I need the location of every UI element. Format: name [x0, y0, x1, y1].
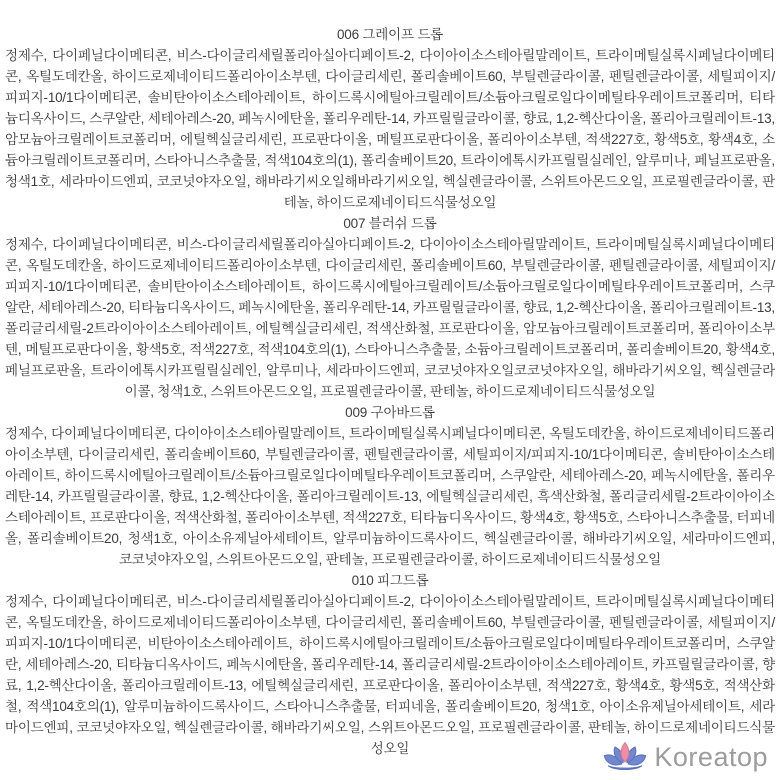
product-title: 006 그레이프 드롭	[5, 24, 775, 45]
ingredient-list: 정제수, 다이페닐다이메티콘, 비스-다이글리세릴폴리아실아디페이트-2, 다이…	[5, 45, 775, 213]
product-section: 006 그레이프 드롭 정제수, 다이페닐다이메티콘, 비스-다이글리세릴폴리아…	[5, 24, 775, 213]
lotus-icon	[603, 740, 647, 774]
product-title: 010 피그드롭	[5, 570, 775, 591]
ingredient-list: 정제수, 다이페닐다이메티콘, 비스-다이글리세릴폴리아실아디페이트-2, 다이…	[5, 591, 775, 759]
product-title: 009 구아바드롭	[5, 402, 775, 423]
product-title: 007 블러쉬 드롭	[5, 213, 775, 234]
koreatop-logo: Koreatop	[603, 740, 768, 774]
product-section: 010 피그드롭 정제수, 다이페닐다이메티콘, 비스-다이글리세릴폴리아실아디…	[5, 570, 775, 759]
ingredient-list: 정제수, 다이페닐다이메티콘, 다이아이소스테아릴말레이트, 트라이메틸실록시페…	[5, 423, 775, 570]
ingredient-document: 006 그레이프 드롭 정제수, 다이페닐다이메티콘, 비스-다이글리세릴폴리아…	[0, 0, 780, 759]
logo-text: Koreatop	[654, 744, 768, 771]
product-section: 007 블러쉬 드롭 정제수, 다이페닐다이메티콘, 비스-다이글리세릴폴리아실…	[5, 213, 775, 402]
product-section: 009 구아바드롭 정제수, 다이페닐다이메티콘, 다이아이소스테아릴말레이트,…	[5, 402, 775, 570]
ingredient-list: 정제수, 다이페닐다이메티콘, 비스-다이글리세릴폴리아실아디페이트-2, 다이…	[5, 234, 775, 402]
